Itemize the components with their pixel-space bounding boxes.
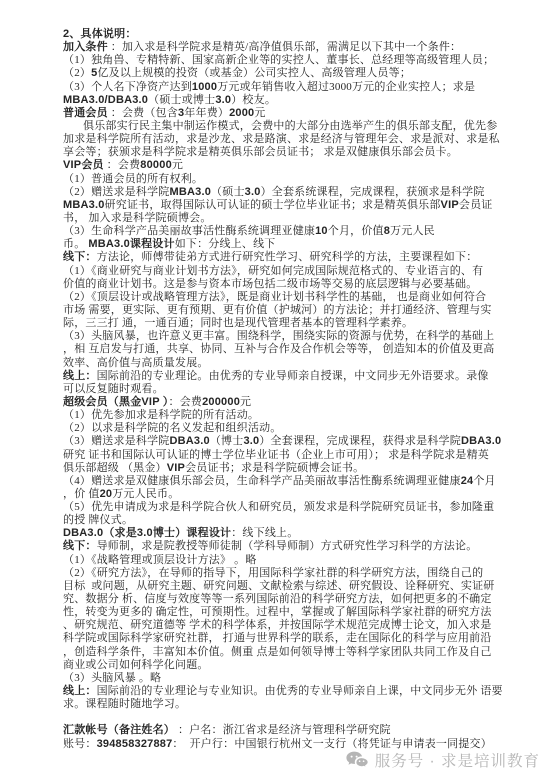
document-line: 可以反复随时观看。 xyxy=(63,383,533,396)
bold-text-segment: DBA3.0 xyxy=(461,435,501,447)
text-segment: （3）头脑风暴 。略 xyxy=(63,672,161,684)
document-line: VIP会员 ：会费80000元 xyxy=(63,159,533,172)
document-line: 际，三三打 通，一通百通；同时也是现代管理者基本的管理科学素养。 xyxy=(63,317,533,330)
bold-text-segment: 20 xyxy=(100,488,113,500)
text-segment: 享会等；获颁求是科学院求是精英俱乐部会员证书； 求是双健康俱乐部会员卡。 xyxy=(63,146,458,158)
document-line: （3）个人名下净资产达到1000万元或年销售收入超过3000万元的企业实控人；求… xyxy=(63,81,533,94)
document-line: 汇款帐号（备注姓名） ：户名：浙江省求是经济与管理科学研究院 xyxy=(63,724,533,737)
text-segment: 国际前沿的专业理论与专业知识。由优秀的专业导师亲自上课，中文同步无外 语要 xyxy=(97,685,503,697)
text-segment: 商业或公司如何科学化问题。 xyxy=(63,659,209,671)
document-line: 俱乐部实行民主集中制运作模式，会费中的大部分由选举产生的俱乐部支配，优先参 xyxy=(63,120,533,133)
text-segment: ：线下线上。 xyxy=(231,527,298,539)
text-segment: 账号： xyxy=(63,738,97,750)
text-segment: （2） xyxy=(63,67,91,79)
text-segment: 导师制，求是院教授等师徒制（学科导师制）方式研究性学习科学的方法论。 xyxy=(97,540,478,552)
bold-text-segment: 超级会员（黑金VIP ） xyxy=(63,396,169,408)
bold-text-segment: MBA3.0 xyxy=(63,199,105,211)
text-segment: 如下：分线上、线下 xyxy=(175,238,276,250)
text-segment: ：会费（包含 xyxy=(108,107,178,119)
document-line: 求。课程随时随地学习。 xyxy=(63,698,533,711)
document-line: （2）《研究方法》，在导师的指导下，用国际科学家社群的科学研究方法，围绕自己的 xyxy=(63,567,533,580)
text-segment: 俱乐部实行民主集中制运作模式，会费中的大部分由选举产生的俱乐部支配，优先参 xyxy=(83,120,497,132)
text-segment: ：户名：浙江省求是经济与管理科学研究院 xyxy=(175,724,391,736)
text-segment: （博士 xyxy=(210,435,244,447)
text-segment: 国际前沿的专业理论。由优秀的专业导师亲自授课，中文同步无外语要求。录像 xyxy=(97,370,489,382)
bold-text-segment: 1000 xyxy=(192,81,217,93)
text-segment: 元 xyxy=(254,107,265,119)
text-segment: 元 xyxy=(240,396,251,408)
document-line: 币。 MBA3.0课程设计如下：分线上、线下 xyxy=(63,238,533,251)
text-segment: 币。 xyxy=(63,238,88,250)
bold-text-segment: MBA3.0/DBA3.0 xyxy=(63,94,148,106)
text-segment: 书， 加入求是科学院硕博会。 xyxy=(63,212,212,224)
document-line: 科学院或国际科学家研究社群， 打通与世界科学的联系，走在国际化的科学与应用前沿 xyxy=(63,632,533,645)
document-line: （3）头脑风暴，也许意义更丰富。围绕科学，围绕实际的资源与优势，在科学的基础上 xyxy=(63,330,533,343)
bold-text-segment: 80000 xyxy=(140,159,172,171)
bold-text-segment: 10 xyxy=(315,225,328,237)
bold-text-segment: 普通会员 xyxy=(63,107,108,119)
bold-text-segment: DBA3.0（求是3.0博士）课程设计 xyxy=(63,527,231,539)
text-segment: 万元或年销售收入超过3000万元的企业实控人；求是 xyxy=(217,81,475,93)
bold-text-segment: 3.0 xyxy=(245,186,261,198)
bold-text-segment: 3.0 xyxy=(243,435,259,447)
document-line: （1）独角兽、专精特新、国家高新企业等的实控人、董事长、总经理等高级管理人员； xyxy=(63,54,533,67)
text-segment: 价值的商业计划书。这是参与资本市场包括二级市场等交易的底层逻辑与必要基础。 xyxy=(63,278,477,290)
document-line: ，价 值20万元人民币。 xyxy=(63,488,533,501)
text-segment: 万元人民 xyxy=(390,225,435,237)
wechat-footer: 服务号 · 求是培训教育 xyxy=(346,749,540,771)
text-segment: （4）赠送求是双健康俱乐部会员，生命科学产品美丽故事活性酶系统调理亚健康 xyxy=(63,475,461,487)
document-line: 商业或公司如何科学化问题。 xyxy=(63,659,533,672)
bold-text-segment: 线下： xyxy=(63,540,97,552)
document-line: 加求是科学院所有活动，求是沙龙、求是路演、求是经济与管理年会、求是派对、求是私 xyxy=(63,133,533,146)
text-segment: （2）以求是科学院的名义发起和组织活动。 xyxy=(63,422,282,434)
bold-text-segment: 汇款帐号（备注姓名） xyxy=(63,724,175,736)
text-segment: 会员证书；求是科学院硕博会证书。 xyxy=(185,462,364,474)
text-segment: （1）优先参加求是科学院的所有活动。 xyxy=(63,409,259,421)
text-segment: 研究 证书和国际认可认证的博士学位毕业证书（企业上市可用）； 求是科学院求是精英 xyxy=(63,449,489,461)
text-segment: 万元人民币。 xyxy=(112,488,179,500)
document-line: （3）头脑风暴 。略 xyxy=(63,672,533,685)
document-line: 究、数据分 析、信度与效度等等一系列国际前沿的科学研究方法，如何把更多的不确定 xyxy=(63,593,533,606)
document-line: 效率、高价值与高质量发展。 xyxy=(63,357,533,370)
document-line: 线下：导师制，求是院教授等师徒制（学科导师制）方式研究性学习科学的方法论。 xyxy=(63,540,533,553)
text-segment: 的授 牌仪式。 xyxy=(63,514,133,526)
text-segment: （1）《商业研究与商业计划书方法》，研究如何完成国际规范格式的、专业语言的、有 xyxy=(63,265,483,277)
text-segment: （2）赠送求是科学院 xyxy=(63,186,170,198)
document-line: （4）赠送求是双健康俱乐部会员，生命科学产品美丽故事活性酶系统调理亚健康24个月 xyxy=(63,475,533,488)
text-segment: 可以反复随时观看。 xyxy=(63,383,164,395)
blank-line xyxy=(63,711,533,724)
document-line: 性，转变为更多的 确定性，可预期性。过程中，掌握或了解国际科学家社群的研究方法 xyxy=(63,606,533,619)
bold-text-segment: 3.0 xyxy=(215,94,231,106)
document-line: 价值的商业计划书。这是参与资本市场包括二级市场等交易的底层逻辑与必要基础。 xyxy=(63,278,533,291)
document-line: 线上：国际前沿的专业理论。由优秀的专业导师亲自授课，中文同步无外语要求。录像 xyxy=(63,370,533,383)
document-line: 目标 或问题，从研究主题、研究问题、文献检索与综述、研究假设、诠释研究、实证研 xyxy=(63,580,533,593)
document-line: 享会等；获颁求是科学院求是精英俱乐部会员证书； 求是双健康俱乐部会员卡。 xyxy=(63,146,533,159)
document-body: 2、具体说明：加入条件 ：加入求是科学院求是精英/高净值俱乐部，需满足以下其中一… xyxy=(63,28,533,751)
text-segment: 个月，价值 xyxy=(328,225,384,237)
text-segment: 个月 xyxy=(473,475,495,487)
wechat-footer-label: 服务号 · 求是培训教育 xyxy=(375,749,540,771)
text-segment: 、研究规范、研究道德等 学术的科学体系，并按国际学术规范完成博士论文，加入求是 xyxy=(63,619,492,631)
bold-text-segment: VIP xyxy=(441,199,459,211)
bold-text-segment: 200000 xyxy=(202,396,240,408)
text-segment: 方法论，师傅带徒弟方式进行研究性学习、研究科学的方法，主要课程如下： xyxy=(97,251,478,263)
bold-text-segment: 2000 xyxy=(229,107,254,119)
bold-text-segment: 线上： xyxy=(63,685,97,697)
document-line: 超级会员（黑金VIP ）：会费200000元 xyxy=(63,396,533,409)
text-segment: ）全套课程，完成课程，获得求是科学院 xyxy=(259,435,461,447)
document-line: 2、具体说明： xyxy=(63,28,533,41)
text-segment: （5）优先申请成为求是科学院合伙人和研究员，颁发求是科学院研究员证书，参加隆重 xyxy=(63,501,494,513)
document-line: （2）5亿及以上规模的投资（或基金）公司实控人、高级管理人员等； xyxy=(63,67,533,80)
document-line: DBA3.0（求是3.0博士）课程设计：线下线上。 xyxy=(63,527,533,540)
text-segment: 会员证 xyxy=(459,199,493,211)
text-segment: 究、数据分 析、信度与效度等等一系列国际前沿的科学研究方法，如何把更多的不确定 xyxy=(63,593,492,605)
text-segment: ）全套系统课程，完成课程，获颁求是科学院 xyxy=(261,186,485,198)
document-page: 2、具体说明：加入条件 ：加入求是科学院求是精英/高净值俱乐部，需满足以下其中一… xyxy=(0,0,553,782)
text-segment: 亿及以上规模的投资（或基金）公司实控人、高级管理人员等； xyxy=(97,67,411,79)
text-segment: 性，转变为更多的 确定性，可预期性。过程中，掌握或了解国际科学家社群的研究方法 xyxy=(63,606,492,618)
bold-text-segment: MBA3.0课程设计 xyxy=(88,238,174,250)
text-segment: 俱乐部超级 （黑金） xyxy=(63,462,167,474)
document-line: ，创造科学条件，丰富知本价值。侧重 点是如何领导博士等科学家团队共同工作及自己 xyxy=(63,646,533,659)
bold-text-segment: DBA3.0 xyxy=(170,435,210,447)
text-segment: （1）独角兽、专精特新、国家高新企业等的实控人、董事长、总经理等高级管理人员； xyxy=(63,54,494,66)
text-segment: （硕士或博士 xyxy=(148,94,215,106)
document-line: 、研究规范、研究道德等 学术的科学体系，并按国际学术规范完成博士论文，加入求是 xyxy=(63,619,533,632)
text-segment: ：会费 xyxy=(104,159,141,171)
document-line: （5）优先申请成为求是科学院合伙人和研究员，颁发求是科学院研究员证书，参加隆重 xyxy=(63,501,533,514)
text-segment: （1）普通会员的所有权利。 xyxy=(63,173,203,185)
text-segment: 年年费） xyxy=(184,107,229,119)
text-segment: 市场 需要，更实际、更有预期、更有价值（护城河）的方法论；并打通经济、管理与实 xyxy=(63,304,492,316)
wechat-icon xyxy=(346,751,369,770)
document-line: （2）《顶层设计或战略管理方法》，既是商业计划书科学性的基础， 也是商业如何符合 xyxy=(63,291,533,304)
text-segment: ，价 值 xyxy=(63,488,100,500)
text-segment: （2）《顶层设计或战略管理方法》，既是商业计划书科学性的基础， 也是商业如何符合 xyxy=(63,291,486,303)
text-segment: ）校友。 xyxy=(231,94,276,106)
bold-text-segment: 394858327887 xyxy=(97,738,173,750)
document-line: 普通会员 ：会费（包含3年年费）2000元 xyxy=(63,107,533,120)
document-line: 的授 牌仪式。 xyxy=(63,514,533,527)
text-segment: （3）个人名下净资产达到 xyxy=(63,81,192,93)
text-segment: （2）《研究方法》，在导师的指导下，用国际科学家社群的科学研究方法，围绕自己的 xyxy=(63,567,483,579)
text-segment: 求。课程随时随地学习。 xyxy=(63,698,186,710)
text-segment: ，创造科学条件，丰富知本价值。侧重 点是如何领导博士等科学家团队共同工作及自己 xyxy=(63,646,492,658)
document-line: 线上：国际前沿的专业理论与专业知识。由优秀的专业导师亲自上课，中文同步无外 语要 xyxy=(63,685,533,698)
document-line: 书， 加入求是科学院硕博会。 xyxy=(63,212,533,225)
text-segment: ：加入求是科学院求是精英/高净值俱乐部，需满足以下其中一个条件： xyxy=(108,41,461,53)
bold-text-segment: 加入条件 xyxy=(63,41,108,53)
document-line: （1）普通会员的所有权利。 xyxy=(63,173,533,186)
text-segment: （3）头脑风暴，也许意义更丰富。围绕科学，围绕实际的资源与优势，在科学的基础上 xyxy=(63,330,494,342)
text-segment: 效率、高价值与高质量发展。 xyxy=(63,357,209,369)
document-line: MBA3.0/DBA3.0（硕士或博士3.0）校友。 xyxy=(63,94,533,107)
document-line: 俱乐部超级 （黑金）VIP会员证书；求是科学院硕博会证书。 xyxy=(63,462,533,475)
text-segment: （硕士 xyxy=(211,186,245,198)
document-line: ，相 互启发与打通，共享、协同、互补与合作及合作机会等等， 创造知本的价值及更高 xyxy=(63,343,533,356)
document-line: 加入条件 ：加入求是科学院求是精英/高净值俱乐部，需满足以下其中一个条件： xyxy=(63,41,533,54)
text-segment: 元 xyxy=(172,159,183,171)
text-segment: 加求是科学院所有活动，求是沙龙、求是路演、求是经济与管理年会、求是派对、求是私 xyxy=(63,133,500,145)
document-line: （2）赠送求是科学院MBA3.0（硕士3.0）全套系统课程，完成课程，获颁求是科… xyxy=(63,186,533,199)
bold-text-segment: 线下： xyxy=(63,251,97,263)
bold-text-segment: 2、具体说明： xyxy=(63,28,137,40)
bold-text-segment: VIP xyxy=(167,462,185,474)
document-line: （3）生命科学产品美丽故事活性酶系统调理亚健康10个月，价值8万元人民 xyxy=(63,225,533,238)
document-line: 线下：方法论，师傅带徒弟方式进行研究性学习、研究科学的方法，主要课程如下： xyxy=(63,251,533,264)
text-segment: ：会费 xyxy=(169,396,203,408)
text-segment: ，相 互启发与打通，共享、协同、互补与合作及合作机会等等， 创造知本的价值及更高 xyxy=(63,343,495,355)
text-segment: 研究证书，取得国际认可认证的硕士学位毕业证书；求是精英俱乐部 xyxy=(105,199,441,211)
document-line: （1）《商业研究与商业计划书方法》，研究如何完成国际规范格式的、专业语言的、有 xyxy=(63,265,533,278)
document-line: （3）赠送求是科学院DBA3.0（博士3.0）全套课程，完成课程，获得求是科学院… xyxy=(63,435,533,448)
document-line: （1）优先参加求是科学院的所有活动。 xyxy=(63,409,533,422)
document-line: （2）以求是科学院的名义发起和组织活动。 xyxy=(63,422,533,435)
bold-text-segment: 24 xyxy=(461,475,474,487)
text-segment: 目标 或问题，从研究主题、研究问题、文献检索与综述、研究假设、诠释研究、实证研 xyxy=(63,580,495,592)
document-line: （1）《战略管理或顶层设计方法》 。略 xyxy=(63,554,533,567)
document-line: MBA3.0研究证书，取得国际认可认证的硕士学位毕业证书；求是精英俱乐部VIP会… xyxy=(63,199,533,212)
text-segment: （3）赠送求是科学院 xyxy=(63,435,170,447)
text-segment: 科学院或国际科学家研究社群， 打通与世界科学的联系，走在国际化的科学与应用前沿 xyxy=(63,632,492,644)
bold-text-segment: VIP会员 xyxy=(63,159,104,171)
bold-text-segment: MBA3.0 xyxy=(170,186,212,198)
text-segment: （1）《战略管理或顶层设计方法》 。略 xyxy=(63,554,257,566)
document-line: 研究 证书和国际认可认证的博士学位毕业证书（企业上市可用）； 求是科学院求是精英 xyxy=(63,449,533,462)
document-line: 市场 需要，更实际、更有预期、更有价值（护城河）的方法论；并打通经济、管理与实 xyxy=(63,304,533,317)
bold-text-segment: 线上： xyxy=(63,370,97,382)
text-segment: 际，三三打 通，一通百通；同时也是现代管理者基本的管理科学素养。 xyxy=(63,317,413,329)
text-segment: ： 开户行：中国银行杭州文一支行（将凭证与申请表一同提交） xyxy=(172,738,492,750)
text-segment: （3）生命科学产品美丽故事活性酶系统调理亚健康 xyxy=(63,225,315,237)
